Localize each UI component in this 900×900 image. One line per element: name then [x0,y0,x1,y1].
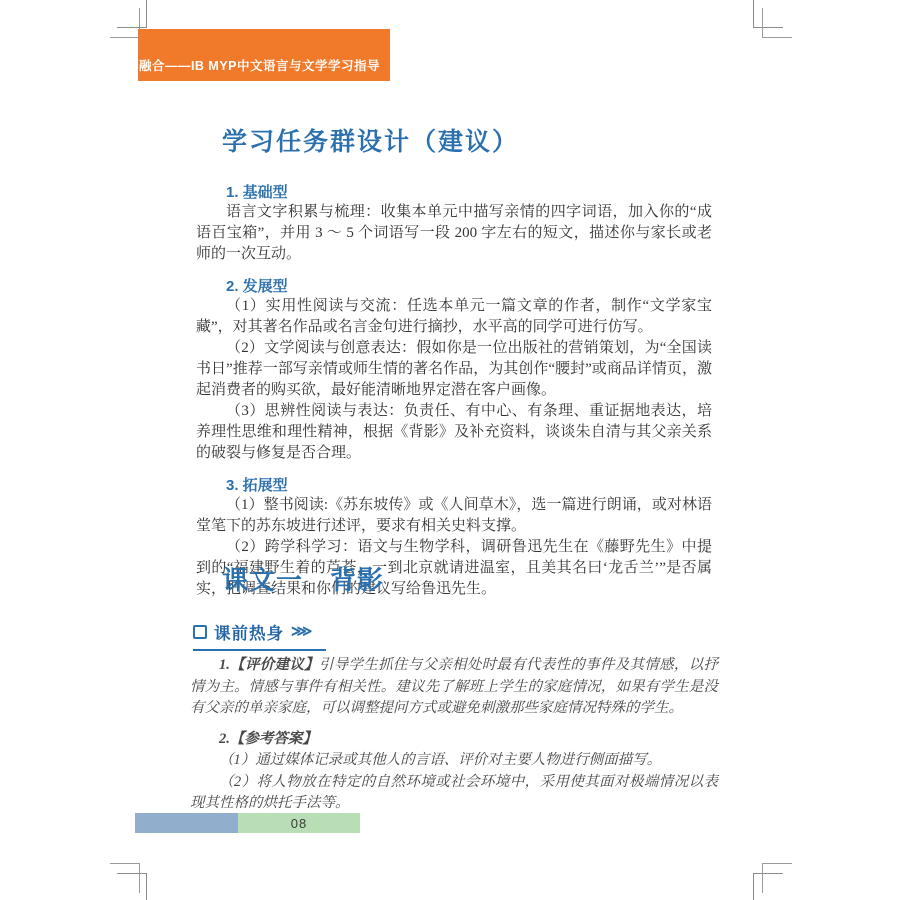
note-answer-item-1: （1）通过媒体记录或其他人的言语、评价对主要人物进行侧面描写。 [190,750,718,772]
footer-blue-block [135,813,238,833]
section-development-paragraph-3: （3）思辨性阅读与表达：负责任、有中心、有条理、重证据地表达，培养理性思维和理性… [196,401,712,464]
section-basic-paragraph: 语言文字积累与梳理：收集本单元中描写亲情的四字词语，加入你的“成语百宝箱”，并用… [196,202,712,265]
warmup-label: 课前热身 [214,620,284,644]
header-band-label: 融合——IB MYP中文语言与文学学习指导 [139,56,380,74]
note-answer-item-2: （2）将人物放在特定的自然环境或社会环境中，采用使其面对极端情况以表现其性格的烘… [190,772,718,815]
note-answer-label: 2.【参考答案】 [190,729,718,751]
book-page: 融合——IB MYP中文语言与文学学习指导 学习任务群设计（建议） 1. 基础型… [0,0,900,900]
section-heading-development: 2. 发展型 [226,278,712,295]
teacher-notes: 1.【评价建议】引导学生抓住与父亲相处时最有代表性的事件及其情感，以抒情为主。情… [190,655,718,815]
screenshot-root: { "colors": { "band_orange": "#f0792a", … [0,0,900,900]
section-development-paragraph-1: （1）实用性阅读与交流：任选本单元一篇文章的作者，制作“文学家宝藏”，对其著名作… [196,296,712,338]
page-title: 学习任务群设计（建议） [222,122,519,158]
crop-mark-bottom-right-inner [762,863,792,893]
footer-page-number: 08 [238,813,360,833]
crop-mark-top-left-inner [110,8,140,38]
note-evaluation: 1.【评价建议】引导学生抓住与父亲相处时最有代表性的事件及其情感，以抒情为主。情… [190,655,718,720]
lesson-title: 课文一 背影 [222,560,384,597]
section-extension-paragraph-1: （1）整书阅读:《苏东坡传》或《人间草木》，选一篇进行朗诵，或对林语堂笔下的苏东… [196,495,712,537]
page-number: 08 [291,816,307,831]
warmup-heading: 课前热身 ⋙ [193,620,326,651]
section-development-paragraph-2: （2）文学阅读与创意表达：假如你是一位出版社的营销策划，为“全国读书日”推荐一部… [196,338,712,401]
task-group-content: 1. 基础型 语言文字积累与梳理：收集本单元中描写亲情的四字词语，加入你的“成语… [196,184,712,600]
section-heading-basic: 1. 基础型 [226,184,712,201]
section-heading-extension: 3. 拓展型 [226,477,712,494]
crop-mark-bottom-left-inner [110,863,140,893]
note-evaluation-label: 1.【评价建议】 [219,657,319,673]
square-bullet-icon [193,625,207,639]
crop-mark-top-right-inner [762,8,792,38]
header-band: 融合——IB MYP中文语言与文学学习指导 [138,29,390,81]
triple-chevron-icon: ⋙ [291,625,312,640]
